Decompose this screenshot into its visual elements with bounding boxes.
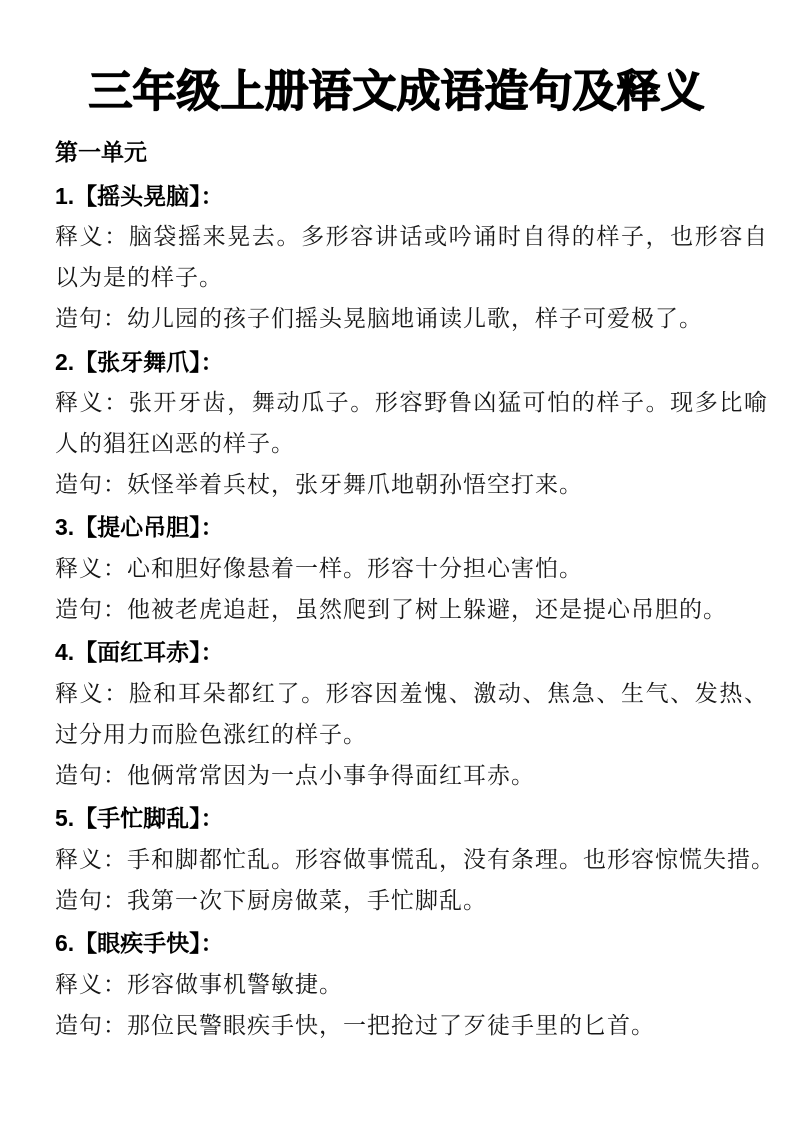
idiom-entry: 1.【摇头晃脑】： 释义：脑袋摇来晃去。多形容讲话或吟诵时自得的样子，也形容自 … xyxy=(55,176,767,339)
idiom-entry: 6.【眼疾手快】： 释义：形容做事机警敏捷。 造句：那位民警眼疾手快，一把抢过了… xyxy=(55,923,767,1045)
idiom-heading: 2.【张牙舞爪】： xyxy=(55,342,767,383)
example-sentence-line: 造句：他被老虎追赶，虽然爬到了树上躲避，还是提心吊胆的。 xyxy=(55,589,767,630)
example-sentence-line: 造句：那位民警眼疾手快，一把抢过了歹徒手里的匕首。 xyxy=(55,1005,767,1046)
example-sentence-line: 造句：幼儿园的孩子们摇头晃脑地诵读儿歌，样子可爱极了。 xyxy=(55,298,767,339)
idiom-heading: 4.【面红耳赤】： xyxy=(55,632,767,673)
idiom-entry: 5.【手忙脚乱】： 释义：手和脚都忙乱。形容做事慌乱，没有条理。也形容惊慌失措。… xyxy=(55,798,767,920)
definition-line: 过分用力而脸色涨红的样子。 xyxy=(55,714,767,755)
idiom-heading: 5.【手忙脚乱】： xyxy=(55,798,767,839)
idiom-heading: 6.【眼疾手快】： xyxy=(55,923,767,964)
idiom-entry: 4.【面红耳赤】： 释义：脸和耳朵都红了。形容因羞愧、激动、焦急、生气、发热、 … xyxy=(55,632,767,795)
definition-line: 释义：形容做事机警敏捷。 xyxy=(55,964,767,1005)
idiom-heading: 3.【提心吊胆】： xyxy=(55,507,767,548)
definition-line: 人的猖狂凶恶的样子。 xyxy=(55,423,767,464)
definition-line: 以为是的样子。 xyxy=(55,257,767,298)
definition-line: 释义：张开牙齿，舞动瓜子。形容野鲁凶猛可怕的样子。现多比喻 xyxy=(55,382,767,423)
definition-line: 释义：心和胆好像悬着一样。形容十分担心害怕。 xyxy=(55,548,767,589)
definition-line: 释义：手和脚都忙乱。形容做事慌乱，没有条理。也形容惊慌失措。 xyxy=(55,839,767,880)
idiom-entry: 2.【张牙舞爪】： 释义：张开牙齿，舞动瓜子。形容野鲁凶猛可怕的样子。现多比喻 … xyxy=(55,342,767,505)
example-sentence-line: 造句：他俩常常因为一点小事争得面红耳赤。 xyxy=(55,755,767,796)
document-page: 三年级上册语文成语造句及释义 第一单元 1.【摇头晃脑】： 释义：脑袋摇来晃去。… xyxy=(0,0,793,1122)
definition-line: 释义：脸和耳朵都红了。形容因羞愧、激动、焦急、生气、发热、 xyxy=(55,673,767,714)
example-sentence-line: 造句：妖怪举着兵杖，张牙舞爪地朝孙悟空打来。 xyxy=(55,464,767,505)
idiom-heading: 1.【摇头晃脑】： xyxy=(55,176,767,217)
page-title: 三年级上册语文成语造句及释义 xyxy=(0,66,793,118)
example-sentence-line: 造句：我第一次下厨房做菜，手忙脚乱。 xyxy=(55,880,767,921)
idiom-entry: 3.【提心吊胆】： 释义：心和胆好像悬着一样。形容十分担心害怕。 造句：他被老虎… xyxy=(55,507,767,629)
definition-line: 释义：脑袋摇来晃去。多形容讲话或吟诵时自得的样子，也形容自 xyxy=(55,216,767,257)
document-body: 第一单元 1.【摇头晃脑】： 释义：脑袋摇来晃去。多形容讲话或吟诵时自得的样子，… xyxy=(55,132,767,1045)
section-heading: 第一单元 xyxy=(55,132,767,173)
